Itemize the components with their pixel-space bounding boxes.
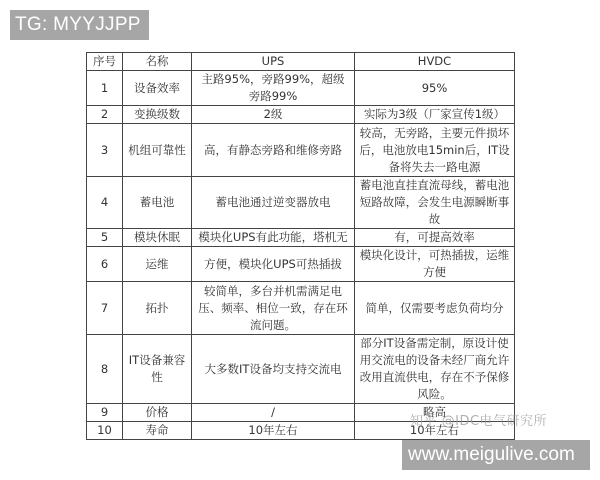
- cell-ups: 方便，模块化UPS可热插拔: [192, 247, 355, 282]
- cell-name: 机组可靠性: [123, 124, 192, 177]
- cell-no: 5: [87, 229, 123, 247]
- cell-name: 寿命: [123, 422, 192, 440]
- cell-no: 2: [87, 106, 123, 124]
- cell-no: 8: [87, 335, 123, 404]
- cell-ups: 蓄电池通过逆变器放电: [192, 177, 355, 229]
- header-hvdc: HVDC: [355, 53, 515, 71]
- cell-ups: 10年左右: [192, 422, 355, 440]
- cell-no: 4: [87, 177, 123, 229]
- table-row: 10 寿命 10年左右 10年左右: [87, 422, 515, 440]
- cell-name: IT设备兼容性: [123, 335, 192, 404]
- cell-name: 价格: [123, 404, 192, 422]
- cell-hvdc: 蓄电池直挂直流母线，蓄电池短路故障，会发生电源瞬断事故: [355, 177, 515, 229]
- cell-ups: 2级: [192, 106, 355, 124]
- table-row: 6 运维 方便，模块化UPS可热插拔 模块化设计，可热插拔，运维方便: [87, 247, 515, 282]
- cell-no: 7: [87, 282, 123, 335]
- cell-ups: 高，有静态旁路和维修旁路: [192, 124, 355, 177]
- cell-no: 3: [87, 124, 123, 177]
- table-row: 2 变换级数 2级 实际为3级（厂家宣传1级）: [87, 106, 515, 124]
- cell-no: 6: [87, 247, 123, 282]
- cell-hvdc: 部分IT设备需定制，原设计使用交流电的设备未经厂商允许改用直流供电，存在不予保修…: [355, 335, 515, 404]
- cell-hvdc: 略高: [355, 404, 515, 422]
- cell-no: 1: [87, 71, 123, 106]
- cell-name: 拓扑: [123, 282, 192, 335]
- cell-name: 变换级数: [123, 106, 192, 124]
- table-header-row: 序号 名称 UPS HVDC: [87, 53, 515, 71]
- cell-ups: 主路95%，旁路99%，超级旁路99%: [192, 71, 355, 106]
- cell-hvdc: 95%: [355, 71, 515, 106]
- cell-hvdc: 简单，仅需要考虑负荷均分: [355, 282, 515, 335]
- cell-no: 9: [87, 404, 123, 422]
- cell-name: 设备效率: [123, 71, 192, 106]
- cell-hvdc: 模块化设计，可热插拔，运维方便: [355, 247, 515, 282]
- cell-hvdc: 实际为3级（厂家宣传1级）: [355, 106, 515, 124]
- table-row: 3 机组可靠性 高，有静态旁路和维修旁路 较高，无旁路，主要元件损坏后，电池放电…: [87, 124, 515, 177]
- cell-hvdc: 有，可提高效率: [355, 229, 515, 247]
- ups-hvdc-comparison-table: 序号 名称 UPS HVDC 1 设备效率 主路95%，旁路99%，超级旁路99…: [86, 52, 515, 440]
- cell-no: 10: [87, 422, 123, 440]
- cell-ups: 大多数IT设备均支持交流电: [192, 335, 355, 404]
- header-no: 序号: [87, 53, 123, 71]
- cell-ups: /: [192, 404, 355, 422]
- cell-name: 蓄电池: [123, 177, 192, 229]
- cell-ups: 模块化UPS有此功能，塔机无: [192, 229, 355, 247]
- header-name: 名称: [123, 53, 192, 71]
- cell-hvdc: 10年左右: [355, 422, 515, 440]
- table-row: 1 设备效率 主路95%，旁路99%，超级旁路99% 95%: [87, 71, 515, 106]
- cell-hvdc: 较高，无旁路，主要元件损坏后，电池放电15min后，IT设备将失去一路电源: [355, 124, 515, 177]
- cell-name: 运维: [123, 247, 192, 282]
- table-row: 4 蓄电池 蓄电池通过逆变器放电 蓄电池直挂直流母线，蓄电池短路故障，会发生电源…: [87, 177, 515, 229]
- table-row: 5 模块休眠 模块化UPS有此功能，塔机无 有，可提高效率: [87, 229, 515, 247]
- cell-name: 模块休眠: [123, 229, 192, 247]
- table-row: 8 IT设备兼容性 大多数IT设备均支持交流电 部分IT设备需定制，原设计使用交…: [87, 335, 515, 404]
- table-row: 7 拓扑 较简单，多台并机需满足电压、频率、相位一致，存在环流问题。 简单，仅需…: [87, 282, 515, 335]
- table-row: 9 价格 / 略高: [87, 404, 515, 422]
- watermark-tag-bottom: www.meigulive.com: [402, 440, 590, 470]
- header-ups: UPS: [192, 53, 355, 71]
- watermark-tag-top: TG: MYYJJPP: [10, 10, 149, 40]
- cell-ups: 较简单，多台并机需满足电压、频率、相位一致，存在环流问题。: [192, 282, 355, 335]
